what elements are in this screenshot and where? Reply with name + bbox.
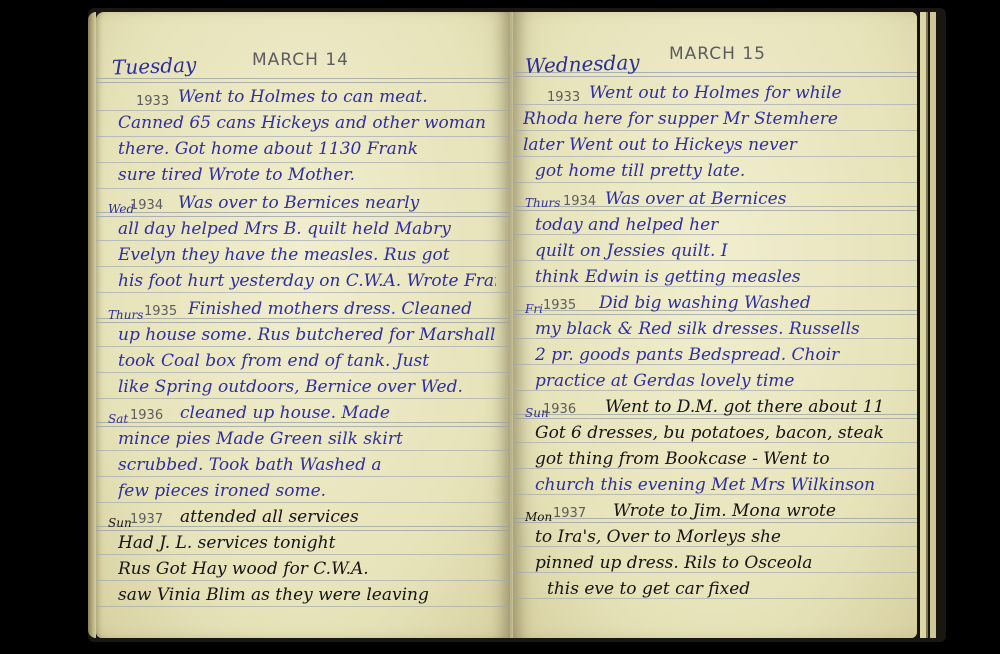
entry-line: got home till pretty late. <box>535 160 903 182</box>
entry-line: all day helped Mrs B. quilt held Mabry <box>118 218 496 240</box>
entry-line: took Coal box from end of tank. Just <box>118 350 496 372</box>
day-note: Fri <box>525 302 543 316</box>
entry-line: sure tired Wrote to Mother. <box>118 164 496 186</box>
entry-line: Rhoda here for supper Mr Stemhere <box>523 108 903 130</box>
header-rule <box>96 78 510 83</box>
entry-line: few pieces ironed some. <box>118 480 496 502</box>
entry-line: Evelyn they have the measles. Rus got <box>118 244 496 266</box>
entry-line: Went to D.M. got there about 11 <box>605 396 903 418</box>
left-page: Tuesday MARCH 14 1933 Went to Holmes to … <box>96 12 512 638</box>
weekday-handwritten: Tuesday <box>112 53 197 80</box>
entry-line: scrubbed. Took bath Washed a <box>118 454 496 476</box>
entry-line: attended all services <box>180 506 496 528</box>
entry-line: today and helped her <box>535 214 903 236</box>
entry-line: my black & Red silk dresses. Russells <box>535 318 903 340</box>
day-note: Thurs <box>108 308 143 322</box>
entry-line: pinned up dress. Rils to Osceola <box>535 552 903 574</box>
entry-line: Did big washing Washed <box>599 292 903 314</box>
day-note: Sat <box>108 412 128 426</box>
entry-line: quilt on Jessies quilt. I <box>535 240 903 262</box>
entry-line: mince pies Made Green silk skirt <box>118 428 496 450</box>
page-edges-right <box>918 12 928 638</box>
entry-line: Was over to Bernices nearly <box>178 192 496 214</box>
date-heading: MARCH 15 <box>669 44 766 64</box>
entry-year: 1937 <box>553 506 586 521</box>
entry-year: 1933 <box>547 90 580 105</box>
diary-book: Tuesday MARCH 14 1933 Went to Holmes to … <box>88 8 946 642</box>
weekday-handwritten: Wednesday <box>525 50 640 78</box>
entry-line: Got 6 dresses, bu potatoes, bacon, steak <box>535 422 903 444</box>
entry-year: 1935 <box>543 298 576 313</box>
entry-line: 2 pr. goods pants Bedspread. Choir <box>535 344 903 366</box>
entry-line: cleaned up house. Made <box>180 402 496 424</box>
entry-line: Had J. L. services tonight <box>118 532 496 554</box>
entry-line: to Ira's, Over to Morleys she <box>535 526 903 548</box>
entry-line: there. Got home about 1130 Frank <box>118 138 496 160</box>
entry-line: Went out to Holmes for while <box>589 82 903 104</box>
entry-line: Finished mothers dress. Cleaned <box>188 298 496 320</box>
entry-line: his foot hurt yesterday on C.W.A. Wrote … <box>118 270 496 292</box>
entry-line: Was over at Bernices <box>605 188 903 210</box>
entry-line: Canned 65 cans Hickeys and other woman <box>118 112 496 134</box>
entry-year: 1937 <box>130 512 163 527</box>
day-note: Sun <box>108 516 132 530</box>
entry-line: Wrote to Jim. Mona wrote <box>613 500 903 522</box>
page-edges-left <box>88 12 96 638</box>
date-heading: MARCH 14 <box>252 50 349 70</box>
day-note: Thurs <box>525 196 560 210</box>
right-page: Wednesday MARCH 15 1933 Went out to Holm… <box>512 12 917 638</box>
entry-line: saw Vinia Blim as they were leaving <box>118 584 496 606</box>
entry-line: later Went out to Hickeys never <box>523 134 903 156</box>
entry-line: Went to Holmes to can meat. <box>178 86 496 108</box>
entry-line: practice at Gerdas lovely time <box>535 370 903 392</box>
entry-line: church this evening Met Mrs Wilkinson <box>535 474 903 496</box>
day-note: Mon <box>525 510 552 524</box>
entry-year: 1936 <box>543 402 576 417</box>
entry-line: up house some. Rus butchered for Marshal… <box>118 324 496 346</box>
entry-line: got thing from Bookcase - Went to <box>535 448 903 470</box>
entry-year: 1935 <box>144 304 177 319</box>
entry-year: 1934 <box>563 194 596 209</box>
cover-edge-right <box>930 12 936 638</box>
entry-year: 1936 <box>130 408 163 423</box>
entry-line: like Spring outdoors, Bernice over Wed. <box>118 376 496 398</box>
entry-line: this eve to get car fixed <box>547 578 903 600</box>
entry-line: Rus Got Hay wood for C.W.A. <box>118 558 496 580</box>
entry-line: think Edwin is getting measles <box>535 266 903 288</box>
entry-year: 1933 <box>136 94 169 109</box>
entry-year: 1934 <box>130 198 163 213</box>
